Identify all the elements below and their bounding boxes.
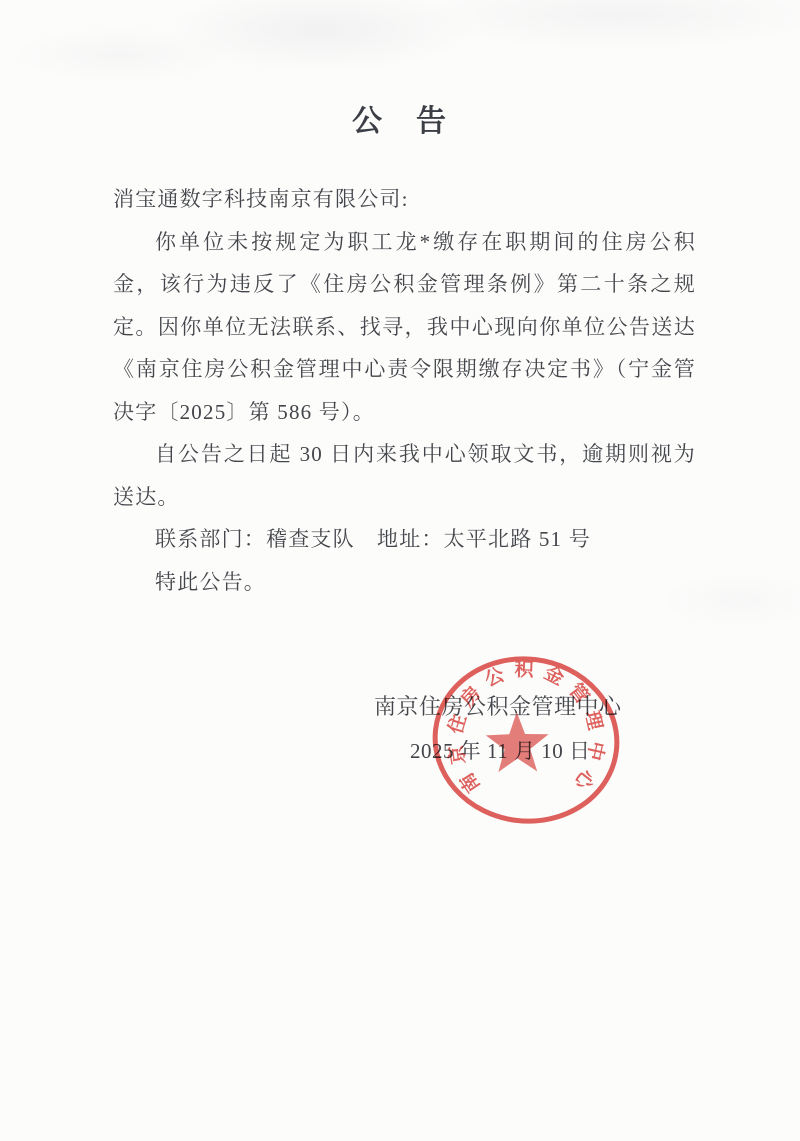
closing-line: 特此公告。	[113, 561, 696, 604]
official-seal: 南京住房公积金管理中心	[431, 647, 621, 833]
page-title: 公 告	[0, 96, 800, 140]
seal-arc-text: 南京住房公积金管理中心	[436, 648, 619, 813]
announcement-document: 公 告 消宝通数字科技南京有限公司: 你单位未按规定为职工龙*缴存在职期间的住房…	[0, 0, 800, 1141]
body-paragraph: 你单位未按规定为职工龙*缴存在职期间的住房公积金，该行为违反了《住房公积金管理条…	[113, 221, 696, 434]
body-paragraph: 自公告之日起 30 日内来我中心领取文书，逾期则视为送达。	[113, 433, 696, 518]
star-icon	[485, 711, 549, 772]
contact-line: 联系部门：稽查支队 地址：太平北路 51 号	[113, 518, 696, 561]
announcement-body: 消宝通数字科技南京有限公司: 你单位未按规定为职工龙*缴存在职期间的住房公积金，…	[113, 178, 696, 603]
recipient-line: 消宝通数字科技南京有限公司:	[113, 178, 696, 221]
